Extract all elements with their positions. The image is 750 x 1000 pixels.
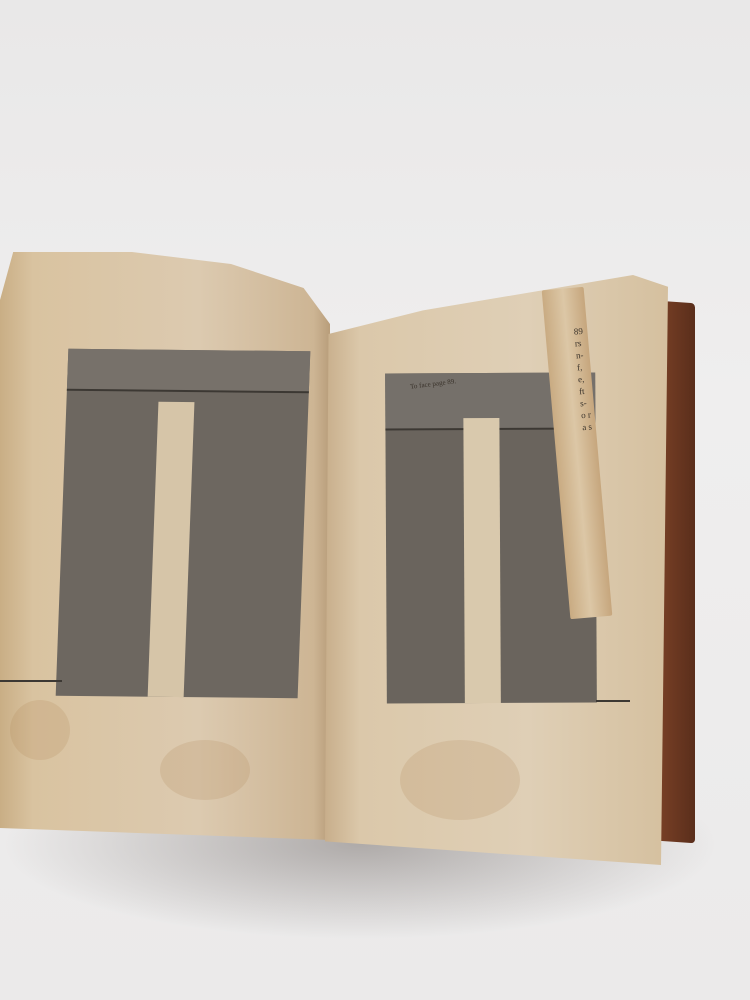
plate-top-bar [67, 349, 310, 394]
plate-light-slot [148, 402, 195, 697]
stain [160, 740, 250, 800]
stain [10, 700, 70, 760]
plate-light-slot [463, 418, 500, 703]
page-rule [596, 700, 630, 702]
left-engraved-plate [56, 349, 311, 699]
stain [400, 740, 520, 820]
page-rule [0, 680, 62, 682]
